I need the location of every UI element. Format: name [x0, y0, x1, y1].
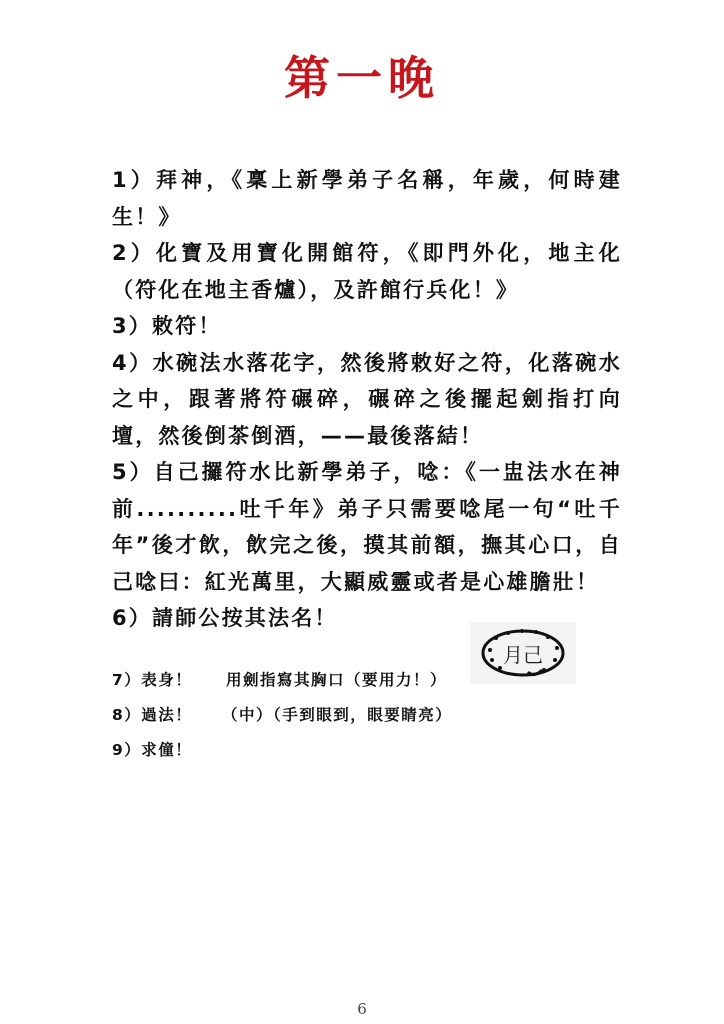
instruction-7-label: 7）表身！	[112, 666, 226, 701]
instruction-9-label: 9）求僮！	[112, 736, 226, 771]
instruction-7-note: 用劍指寫其胸口（要用力！）	[226, 666, 447, 701]
instruction-9: 9）求僮！	[112, 736, 592, 771]
instruction-1: 1）拜神，《稟上新學弟子名稱，年歲，何時建生！》	[112, 162, 622, 235]
lower-instructions: 7）表身！ 用劍指寫其胸口（要用力！） 8）過法！ （中）（手到眼到，眼要睛亮）…	[112, 666, 592, 771]
page-title: 第一晚	[0, 42, 724, 108]
instruction-3: 3）敕符！	[112, 308, 622, 345]
seal-glyphs: 月己	[503, 643, 543, 667]
instruction-8: 8）過法！ （中）（手到眼到，眼要睛亮）	[112, 701, 592, 736]
instruction-7: 7）表身！ 用劍指寫其胸口（要用力！）	[112, 666, 592, 701]
page-number: 6	[0, 1000, 724, 1018]
instruction-4: 4）水碗法水落花字，然後將敕好之符，化落碗水之中，跟著將符碾碎，碾碎之後擺起劍指…	[112, 345, 622, 455]
instruction-8-note: （中）（手到眼到，眼要睛亮）	[222, 701, 452, 736]
instruction-list: 1）拜神，《稟上新學弟子名稱，年歲，何時建生！》 2）化寶及用寶化開館符，《即門…	[112, 162, 622, 637]
instruction-5: 5）自己攞符水比新學弟子，唸：《一盅法水在神前..........吐千年》弟子只…	[112, 454, 622, 600]
instruction-2: 2）化寶及用寶化開館符，《即門外化，地主化（符化在地主香爐），及許館行兵化！》	[112, 235, 622, 308]
instruction-8-label: 8）過法！	[112, 701, 222, 736]
